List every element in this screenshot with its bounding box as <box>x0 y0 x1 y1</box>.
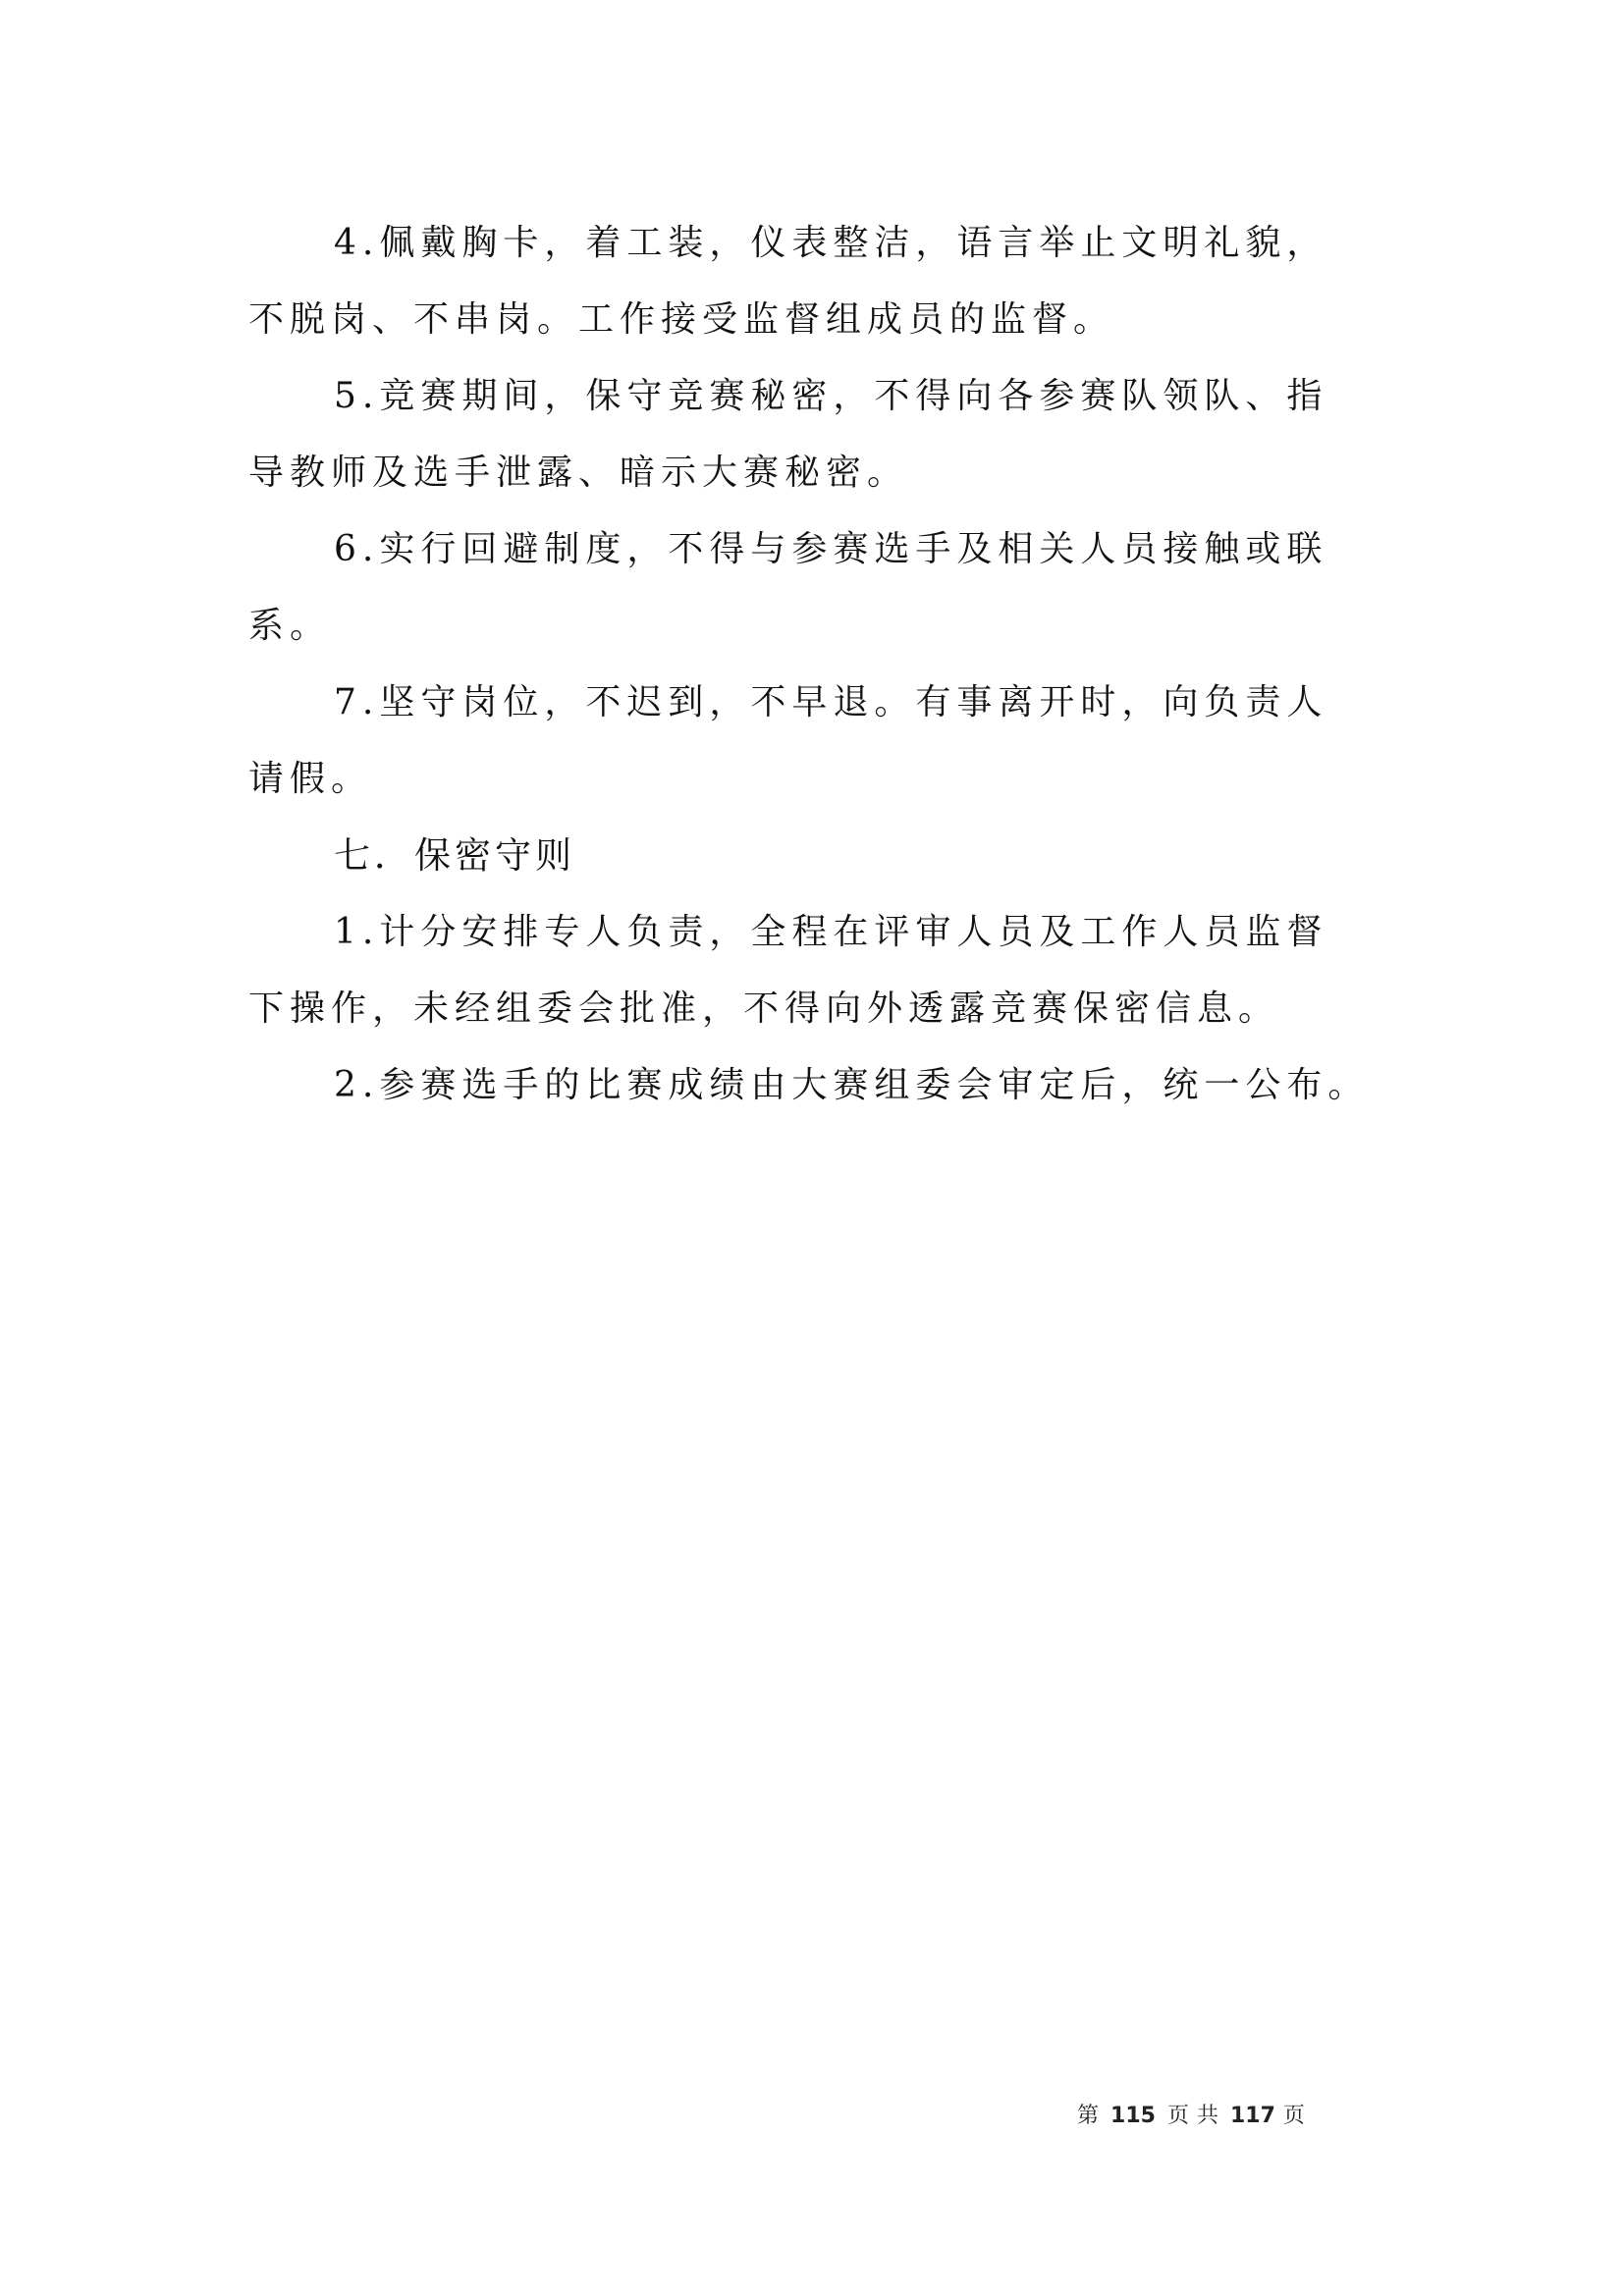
confidentiality-rule-1-line-2: 下操作，未经组委会批准，不得向外透露竞赛保密信息。 <box>248 988 1279 1031</box>
paragraph-6-line-2: 系。 <box>248 605 331 648</box>
footer-suffix: 页 <box>1283 2104 1305 2128</box>
footer-prefix: 第 <box>1077 2104 1099 2128</box>
page-footer: 第115页共117页 <box>1073 2099 1305 2129</box>
total-pages-number: 117 <box>1230 2104 1275 2128</box>
footer-total-word: 共 <box>1197 2104 1218 2128</box>
confidentiality-rule-2-line-1: 2.参赛选手的比赛成绩由大赛组委会审定后，统一公布。 <box>334 1064 1369 1107</box>
paragraph-4-line-2: 不脱岗、不串岗。工作接受监督组成员的监督。 <box>248 298 1114 342</box>
paragraph-5-line-2: 导教师及选手泄露、暗示大赛秘密。 <box>248 452 908 495</box>
confidentiality-rule-1-line-1: 1.计分安排专人负责，全程在评审人员及工作人员监督 <box>334 911 1327 954</box>
document-page: 4.佩戴胸卡，着工装，仪表整洁，语言举止文明礼貌， 不脱岗、不串岗。工作接受监督… <box>0 0 1623 2296</box>
paragraph-6-line-1: 6.实行回避制度，不得与参赛选手及相关人员接触或联 <box>334 528 1327 571</box>
paragraph-7-line-1: 7.坚守岗位，不迟到，不早退。有事离开时，向负责人 <box>334 681 1327 724</box>
paragraph-4-line-1: 4.佩戴胸卡，着工装，仪表整洁，语言举止文明礼貌， <box>334 222 1327 265</box>
paragraph-7-line-2: 请假。 <box>248 758 372 801</box>
current-page-number: 115 <box>1110 2104 1156 2128</box>
paragraph-5-line-1: 5.竞赛期间，保守竞赛秘密，不得向各参赛队领队、指 <box>334 375 1327 418</box>
footer-page-word: 页 <box>1167 2104 1189 2128</box>
section-heading: 七．保密守则 <box>334 834 575 878</box>
